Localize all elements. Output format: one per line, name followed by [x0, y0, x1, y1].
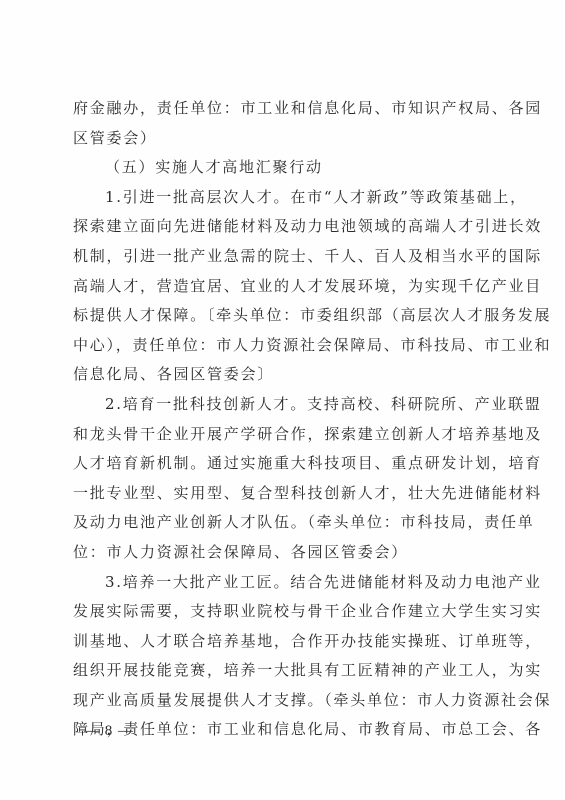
body-text: 府金融办，责任单位：市工业和信息化局、市知识产权局、各园 区管委会） （五）实施…	[73, 94, 495, 745]
page-number: — 8 —	[84, 721, 134, 741]
text-line: 高端人才，营造宜居、宜业的人才发展环境，为实现千亿产业目	[73, 272, 495, 302]
item-3-title-line: 3.培养一大批产业工匠。结合先进储能材料及动力电池产业	[73, 568, 495, 598]
text-line: 及动力电池产业创新人才队伍。（牵头单位：市科技局，责任单	[73, 508, 495, 538]
text-line: 探索建立面向先进储能材料及动力电池领域的高端人才引进长效	[73, 212, 495, 242]
text-line: 机制，引进一批产业急需的院士、千人、百人及相当水平的国际	[73, 242, 495, 272]
text-line: 位：市人力资源社会保障局、各园区管委会）	[73, 538, 495, 568]
text-line: 标提供人才保障。〔牵头单位：市委组织部（高层次人才服务发展	[73, 301, 495, 331]
text-line: 人才培育新机制。通过实施重大科技项目、重点研发计划，培育	[73, 449, 495, 479]
text-line: 障局，责任单位：市工业和信息化局、市教育局、市总工会、各	[73, 715, 495, 745]
item-2-title-line: 2.培育一批科技创新人才。支持高校、科研院所、产业联盟	[73, 390, 495, 420]
text-line: 训基地、人才联合培养基地，合作开办技能实操班、订单班等，	[73, 627, 495, 657]
text-line: 一批专业型、实用型、复合型科技创新人才，壮大先进储能材料	[73, 479, 495, 509]
text-line: 组织开展技能竞赛，培养一大批具有工匠精神的产业工人，为实	[73, 656, 495, 686]
text-line: 和龙头骨干企业开展产学研合作，探索建立创新人才培养基地及	[73, 420, 495, 450]
text-line: 中心），责任单位：市人力资源社会保障局、市科技局、市工业和	[73, 331, 495, 361]
item-1-title-line: 1.引进一批高层次人才。在市“人才新政”等政策基础上，	[73, 183, 495, 213]
section-heading: （五）实施人才高地汇聚行动	[73, 153, 495, 183]
text-line: 区管委会）	[73, 124, 495, 154]
text-line: 发展实际需要，支持职业院校与骨干企业合作建立大学生实习实	[73, 597, 495, 627]
text-line: 现产业高质量发展提供人才支撑。（牵头单位：市人力资源社会保	[73, 686, 495, 716]
document-page: 府金融办，责任单位：市工业和信息化局、市知识产权局、各园 区管委会） （五）实施…	[0, 0, 565, 800]
text-line: 府金融办，责任单位：市工业和信息化局、市知识产权局、各园	[73, 94, 495, 124]
text-line: 信息化局、各园区管委会〕	[73, 360, 495, 390]
